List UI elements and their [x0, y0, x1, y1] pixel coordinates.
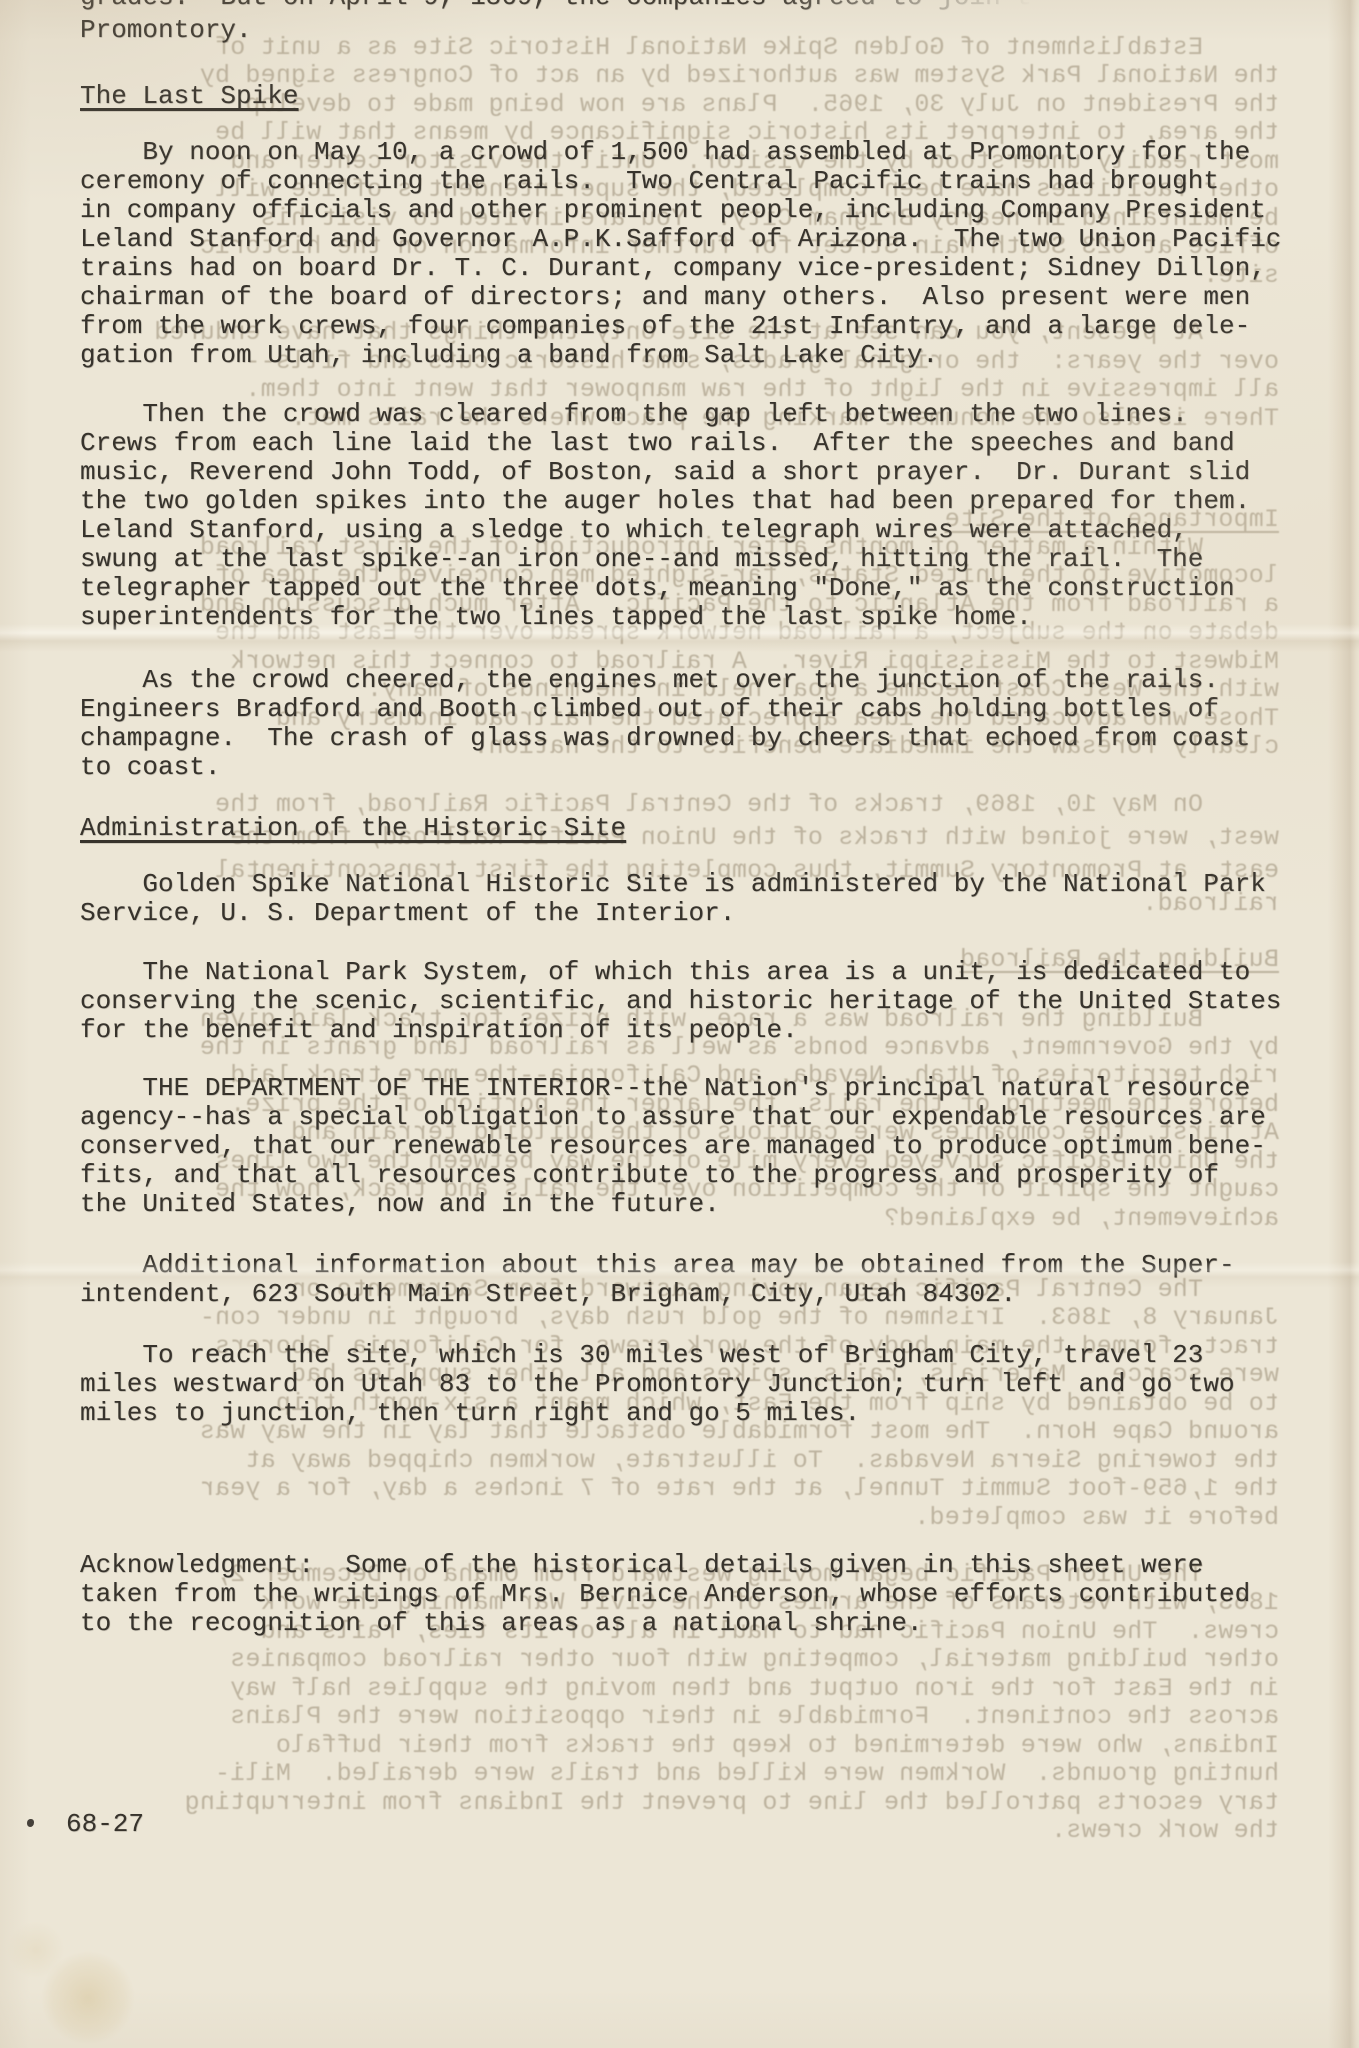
paragraph-ceremony: By noon on May 10, a crowd of 1,500 had … [80, 138, 1281, 370]
paragraph-additional-information: Additional information about this area m… [80, 1251, 1235, 1309]
paragraph-administered-by: Golden Spike National Historic Site is a… [80, 870, 1266, 928]
page-number: 68-27 [66, 1810, 144, 1839]
typed-text-layer: grades. But on April 9, 1869, the compan… [0, 0, 1359, 2048]
paragraph-national-park-system: The National Park System, of which this … [80, 958, 1281, 1045]
top-fragment-line: grades. But on April 9, 1869, the compan… [80, 0, 1063, 12]
heading-text: The Last Spike [80, 81, 298, 111]
section-heading-administration: Administration of the Historic Site [80, 814, 626, 843]
paragraph-department-of-interior: THE DEPARTMENT OF THE INTERIOR--the Nati… [80, 1074, 1266, 1219]
promontory-line: Promontory. [80, 16, 252, 45]
acknowledgment-paragraph: Acknowledgment: Some of the historical d… [80, 1551, 1250, 1638]
paragraph-directions: To reach the site, which is 30 miles wes… [80, 1341, 1235, 1428]
section-heading-last-spike: The Last Spike [80, 82, 298, 111]
paragraph-golden-spikes: Then the crowd was cleared from the gap … [80, 400, 1250, 632]
heading-text: Administration of the Historic Site [80, 813, 626, 843]
document-page: Establishment of Golden Spike National H… [0, 0, 1359, 2048]
paragraph-crowd-cheered: As the crowd cheered, the engines met ov… [80, 666, 1250, 782]
ink-dot [27, 1819, 34, 1827]
